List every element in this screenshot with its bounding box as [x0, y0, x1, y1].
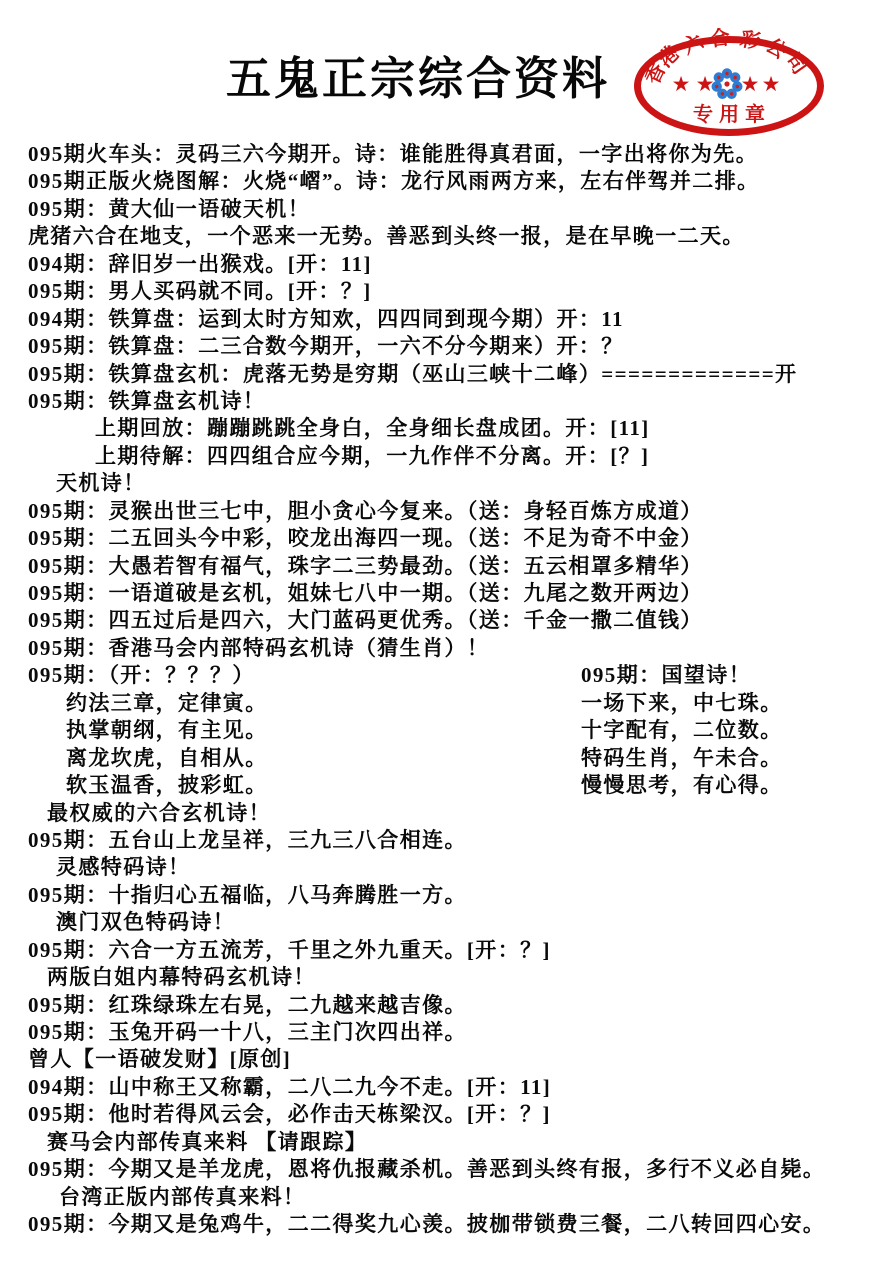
text-line: 095期：今期又是羊龙虎，恩将仇报藏杀机。善恶到头终有报，多行不义必自毙。 — [0, 1156, 871, 1183]
text-line-main: 095期正版火烧图解：火烧“嶍”。诗：龙行风雨两方来，左右伴驾并二排。 — [0, 168, 760, 195]
text-line-main: 两版白姐内幕特码玄机诗！ — [0, 964, 316, 991]
text-line-main: 095期：玉兔开码一十八，三主门次四出祥。 — [0, 1019, 467, 1046]
text-line-main: 软玉温香，披彩虹。 — [0, 772, 268, 799]
text-line-main: 095期：铁算盘玄机诗！ — [0, 388, 265, 415]
page-title: 五鬼正宗综合资料 — [226, 42, 610, 107]
text-line: 095期：四五过后是四六，大门蓝码更优秀。（送：千金一撒二值钱） — [0, 607, 871, 634]
text-line-right-column: 特码生肖，午未合。 — [581, 745, 783, 772]
text-line: 095期：二五回头今中彩，咬龙出海四一现。（送：不足为奇不中金） — [0, 525, 871, 552]
text-line: 094期：辞旧岁一出猴戏。[开：11] — [0, 251, 871, 278]
text-line: 虎猪六合在地支，一个恶来一无势。善恶到头终一报，是在早晚一二天。 — [0, 223, 871, 250]
text-line-main: 095期：六合一方五流芳，千里之外九重天。[开：？] — [0, 937, 551, 964]
text-line-main: 上期回放：蹦蹦跳跳全身白，全身细长盘成团。开：[11] — [0, 415, 650, 442]
text-line: 095期：铁算盘：二三合数今期开，一六不分今期来）开：？ — [0, 333, 871, 360]
text-line: 094期：山中称王又称霸，二八二九今不走。[开：11] — [0, 1074, 871, 1101]
text-line-main: 095期：大愚若智有福气，珠字二三势最劲。（送：五云相罩多精华） — [0, 553, 703, 580]
text-line: 离龙坎虎，自相从。特码生肖，午未合。 — [0, 745, 871, 772]
text-line: 095期：玉兔开码一十八，三主门次四出祥。 — [0, 1019, 871, 1046]
text-line-main: 095期：（开：？？？） — [0, 662, 255, 689]
text-line-main: 095期：香港马会内部特码玄机诗（猜生肖）！ — [0, 635, 489, 662]
seal-arc-char: 合 — [708, 27, 733, 52]
text-line: 天机诗！ — [0, 470, 871, 497]
text-line: 赛马会内部传真来料 【请跟踪】 — [0, 1129, 871, 1156]
text-line-main: 天机诗！ — [0, 470, 146, 497]
seal-arc-char: 彩 — [737, 28, 763, 54]
text-line-main: 离龙坎虎，自相从。 — [0, 745, 268, 772]
text-line: 澳门双色特码诗！ — [0, 909, 871, 936]
company-seal: 香 港 六 合 彩 公 司 ★ ★ — [634, 36, 824, 136]
text-line-main: 095期：一语道破是玄机，姐妹七八中一期。（送：九尾之数开两边） — [0, 580, 703, 607]
text-line: 094期：铁算盘：运到太时方知欢，四四同到现今期）开：11 — [0, 306, 871, 333]
text-line: 095期：（开：？？？）095期：国望诗！ — [0, 662, 871, 689]
text-line-main: 最权威的六合玄机诗！ — [0, 800, 271, 827]
text-line: 095期：男人买码就不同。[开：？] — [0, 278, 871, 305]
text-line: 095期：今期又是兔鸡牛，二二得奖九心羡。披枷带锁费三餐，二八转回四心安。 — [0, 1211, 871, 1238]
text-line-main: 095期：他时若得风云会，必作击天栋梁汉。[开：？] — [0, 1101, 551, 1128]
text-line-main: 095期：二五回头今中彩，咬龙出海四一现。（送：不足为奇不中金） — [0, 525, 703, 552]
text-line-main: 094期：铁算盘：运到太时方知欢，四四同到现今期）开：11 — [0, 306, 624, 333]
text-line: 095期：铁算盘玄机：虎落无势是穷期（巫山三峡十二峰）=============… — [0, 361, 871, 388]
text-line-main: 095期：红珠绿珠左右晃，二九越来越吉像。 — [0, 992, 467, 1019]
text-line: 095期：六合一方五流芳，千里之外九重天。[开：？] — [0, 937, 871, 964]
text-line: 软玉温香，披彩虹。慢慢思考，有心得。 — [0, 772, 871, 799]
text-line: 两版白姐内幕特码玄机诗！ — [0, 964, 871, 991]
text-line-main: 095期：十指归心五福临，八马奔腾胜一方。 — [0, 882, 467, 909]
star-icon: ★ — [759, 73, 783, 95]
text-line: 台湾正版内部传真来料！ — [0, 1184, 871, 1211]
text-line: 约法三章，定律寅。一场下来，中七珠。 — [0, 690, 871, 717]
text-line: 上期待解：四四组合应今期，一九作伴不分离。开：[？] — [0, 443, 871, 470]
text-line-main: 095期火车头：灵码三六今期开。诗：谁能胜得真君面，一字出将你为先。 — [0, 141, 758, 168]
text-line: 095期：铁算盘玄机诗！ — [0, 388, 871, 415]
text-line-main: 095期：铁算盘玄机：虎落无势是穷期（巫山三峡十二峰）=============… — [0, 361, 797, 388]
text-line: 上期回放：蹦蹦跳跳全身白，全身细长盘成团。开：[11] — [0, 415, 871, 442]
text-line-main: 095期：黄大仙一语破天机！ — [0, 196, 310, 223]
text-line-main: 095期：灵猴出世三七中，胆小贪心今复来。（送：身轻百炼方成道） — [0, 498, 703, 525]
text-line: 095期：他时若得风云会，必作击天栋梁汉。[开：？] — [0, 1101, 871, 1128]
text-line: 095期：五台山上龙呈祥，三九三八合相连。 — [0, 827, 871, 854]
seal-bottom-text: 专用章 — [634, 98, 824, 127]
text-line-right-column: 一场下来，中七珠。 — [581, 690, 783, 717]
text-line-main: 曾人【一语破发财】[原创] — [0, 1046, 291, 1073]
text-line-main: 094期：山中称王又称霸，二八二九今不走。[开：11] — [0, 1074, 551, 1101]
text-line-main: 虎猪六合在地支，一个恶来一无势。善恶到头终一报，是在早晚一二天。 — [0, 223, 745, 250]
text-line: 095期：黄大仙一语破天机！ — [0, 196, 871, 223]
text-line-main: 执掌朝纲，有主见。 — [0, 717, 268, 744]
text-line-main: 095期：男人买码就不同。[开：？] — [0, 278, 372, 305]
text-line: 095期正版火烧图解：火烧“嶍”。诗：龙行风雨两方来，左右伴驾并二排。 — [0, 168, 871, 195]
text-line: 095期火车头：灵码三六今期开。诗：谁能胜得真君面，一字出将你为先。 — [0, 141, 871, 168]
text-line-main: 赛马会内部传真来料 【请跟踪】 — [0, 1129, 367, 1156]
text-line-main: 095期：今期又是兔鸡牛，二二得奖九心羡。披枷带锁费三餐，二八转回四心安。 — [0, 1211, 825, 1238]
text-line-right-column: 慢慢思考，有心得。 — [581, 772, 783, 799]
text-line: 曾人【一语破发财】[原创] — [0, 1046, 871, 1073]
text-line-main: 台湾正版内部传真来料！ — [0, 1184, 305, 1211]
text-line-main: 095期：铁算盘：二三合数今期开，一六不分今期来）开：？ — [0, 333, 624, 360]
text-line: 最权威的六合玄机诗！ — [0, 800, 871, 827]
text-line-right-column: 十字配有，二位数。 — [581, 717, 783, 744]
text-line-main: 灵感特码诗！ — [0, 854, 190, 881]
text-line: 095期：香港马会内部特码玄机诗（猜生肖）！ — [0, 635, 871, 662]
star-icon: ★ — [669, 73, 693, 95]
text-line-main: 095期：五台山上龙呈祥，三九三八合相连。 — [0, 827, 467, 854]
text-line-main: 095期：四五过后是四六，大门蓝码更优秀。（送：千金一撒二值钱） — [0, 607, 703, 634]
text-line: 执掌朝纲，有主见。十字配有，二位数。 — [0, 717, 871, 744]
text-line-main: 上期待解：四四组合应今期，一九作伴不分离。开：[？] — [0, 443, 649, 470]
document-page: 五鬼正宗综合资料 香 港 六 合 彩 公 司 ★ ★ — [0, 0, 871, 1267]
text-line: 095期：一语道破是玄机，姐妹七八中一期。（送：九尾之数开两边） — [0, 580, 871, 607]
text-line-main: 094期：辞旧岁一出猴戏。[开：11] — [0, 251, 372, 278]
text-line-main: 约法三章，定律寅。 — [0, 690, 268, 717]
text-line-main: 095期：今期又是羊龙虎，恩将仇报藏杀机。善恶到头终有报，多行不义必自毙。 — [0, 1156, 825, 1183]
lines: 095期火车头：灵码三六今期开。诗：谁能胜得真君面，一字出将你为先。095期正版… — [0, 141, 871, 1239]
text-line: 095期：红珠绿珠左右晃，二九越来越吉像。 — [0, 992, 871, 1019]
text-line-main: 澳门双色特码诗！ — [0, 909, 235, 936]
text-line: 灵感特码诗！ — [0, 854, 871, 881]
text-line: 095期：大愚若智有福气，珠字二三势最劲。（送：五云相罩多精华） — [0, 553, 871, 580]
text-line-right-column: 095期：国望诗！ — [581, 662, 751, 689]
text-line: 095期：十指归心五福临，八马奔腾胜一方。 — [0, 882, 871, 909]
text-line: 095期：灵猴出世三七中，胆小贪心今复来。（送：身轻百炼方成道） — [0, 498, 871, 525]
